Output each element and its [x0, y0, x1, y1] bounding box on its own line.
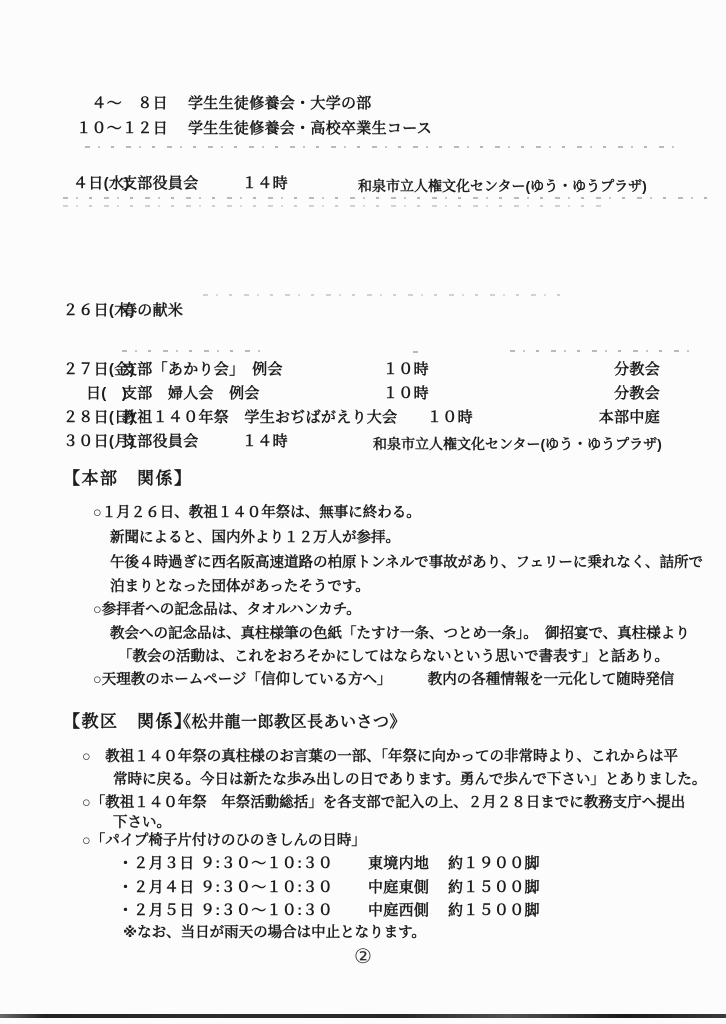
hinokishin-place: 中庭東側: [368, 878, 429, 898]
scanned-document-page: ４～ ８日 学生生徒修養会・大学の部 １０～１２日 学生生徒修養会・高校卒業生コ…: [0, 0, 726, 1024]
erased-text-artifact: [85, 146, 680, 148]
honbu-item-detail: 新聞によると、国内外より１２万人が参拝。: [110, 528, 400, 548]
page-number: ②: [0, 944, 726, 969]
schedule-event: 学生生徒修養会・大学の部: [188, 94, 372, 114]
honbu-item: ○参拝者への記念品は、タオルハンカチ。: [93, 600, 361, 620]
kyoku-item-detail: 下さい。: [113, 813, 171, 833]
schedule-time: １０時: [383, 360, 429, 380]
erased-text-artifact: [122, 350, 267, 352]
hinokishin-count: 約１５００脚: [448, 878, 540, 898]
erased-text-artifact: [510, 350, 700, 352]
kyoku-item: ○ 教祖１４０年祭の真柱様のお言葉の一部、「年祭に向かっての非常時より、これから…: [82, 747, 678, 767]
schedule-place: 分教会: [614, 360, 660, 380]
section-heading-honbu: 【本部 関係】: [63, 469, 193, 489]
schedule-event: 支部役員会: [122, 432, 199, 452]
schedule-event: 支部 婦人会 例会: [122, 384, 260, 404]
erased-text-artifact: [63, 205, 603, 207]
schedule-event: 学生生徒修養会・高校卒業生コース: [188, 119, 432, 139]
erased-text-artifact: [413, 351, 423, 353]
erased-text-artifact: [203, 294, 563, 296]
schedule-event: 教祖１４０年祭 学生おぢばがえり大会: [122, 408, 397, 428]
kyoku-item-detail: 常時に戻る。今日は新たな歩み出しの日であります。勇んで歩んで下さい」とありました…: [113, 770, 706, 790]
honbu-item: ○１月２６日、教祖１４０年祭は、無事に終わる。: [93, 503, 421, 523]
hinokishin-place: 東境内地: [368, 854, 429, 874]
hinokishin-date: ・２月４日: [118, 878, 195, 898]
hinokishin-title: ○「パイプ椅子片付けのひのきしんの日時」: [82, 831, 366, 851]
schedule-date: ４～ ８日: [62, 94, 168, 114]
hinokishin-date: ・２月３日: [118, 854, 195, 874]
schedule-date: １０～１２日: [62, 119, 168, 139]
schedule-time: １４時: [242, 174, 288, 194]
hinokishin-place: 中庭西側: [368, 901, 429, 921]
schedule-place: 本部中庭: [599, 408, 660, 428]
hinokishin-date: ・２月５日: [118, 901, 195, 921]
honbu-item-detail: 午後４時過ぎに西名阪高速道路の柏原トンネルで事故があり、フェリーに乗れなく、詰所…: [110, 553, 703, 573]
hinokishin-time: ９:３０～１０:３０: [200, 878, 333, 898]
schedule-place: 和泉市立人権文化センター(ゆう・ゆうプラザ): [358, 176, 647, 196]
schedule-event: 支部役員会: [122, 174, 199, 194]
honbu-item-detail: 「教会の活動は、これをおろそかにしてはならないという思いで書表す」と話あり。: [118, 647, 669, 667]
schedule-event: 春の献米: [122, 301, 183, 321]
schedule-event: 支部「あかり会」 例会: [122, 360, 283, 380]
section-heading-kyoku: 【教区 関係】: [63, 712, 193, 732]
schedule-place: 分教会: [614, 384, 660, 404]
section-subheading-greeting: 《松井龍一郎教区長あいさつ》: [175, 713, 406, 733]
hinokishin-note: ※なお、当日が雨天の場合は中止となります。: [123, 923, 426, 943]
scan-edge-artifact: [0, 1014, 726, 1018]
honbu-item: ○天理教のホームページ「信仰している方へ」 教内の各種情報を一元化して随時発信: [93, 670, 674, 690]
honbu-item-detail: 教会への記念品は、真柱様筆の色紙「たすけ一条、つとめ一条」。 御招宴で、真柱様よ…: [110, 624, 690, 644]
schedule-time: １４時: [242, 432, 288, 452]
hinokishin-time: ９:３０～１０:３０: [200, 901, 333, 921]
hinokishin-time: ９:３０～１０:３０: [200, 854, 333, 874]
schedule-time: １０時: [383, 384, 429, 404]
schedule-place: 和泉市立人権文化センター(ゆう・ゆうプラザ): [373, 434, 662, 454]
erased-text-artifact: [63, 197, 708, 199]
kyoku-item: ○「教祖１４０年祭 年祭活動総括」を各支部で記入の上、２月２８日までに教務支庁へ…: [82, 793, 685, 813]
hinokishin-count: 約１９００脚: [448, 854, 540, 874]
schedule-time: １０時: [427, 408, 473, 428]
honbu-item-detail: 泊まりとなった団体があったそうです。: [110, 577, 370, 597]
hinokishin-count: 約１５００脚: [448, 901, 540, 921]
